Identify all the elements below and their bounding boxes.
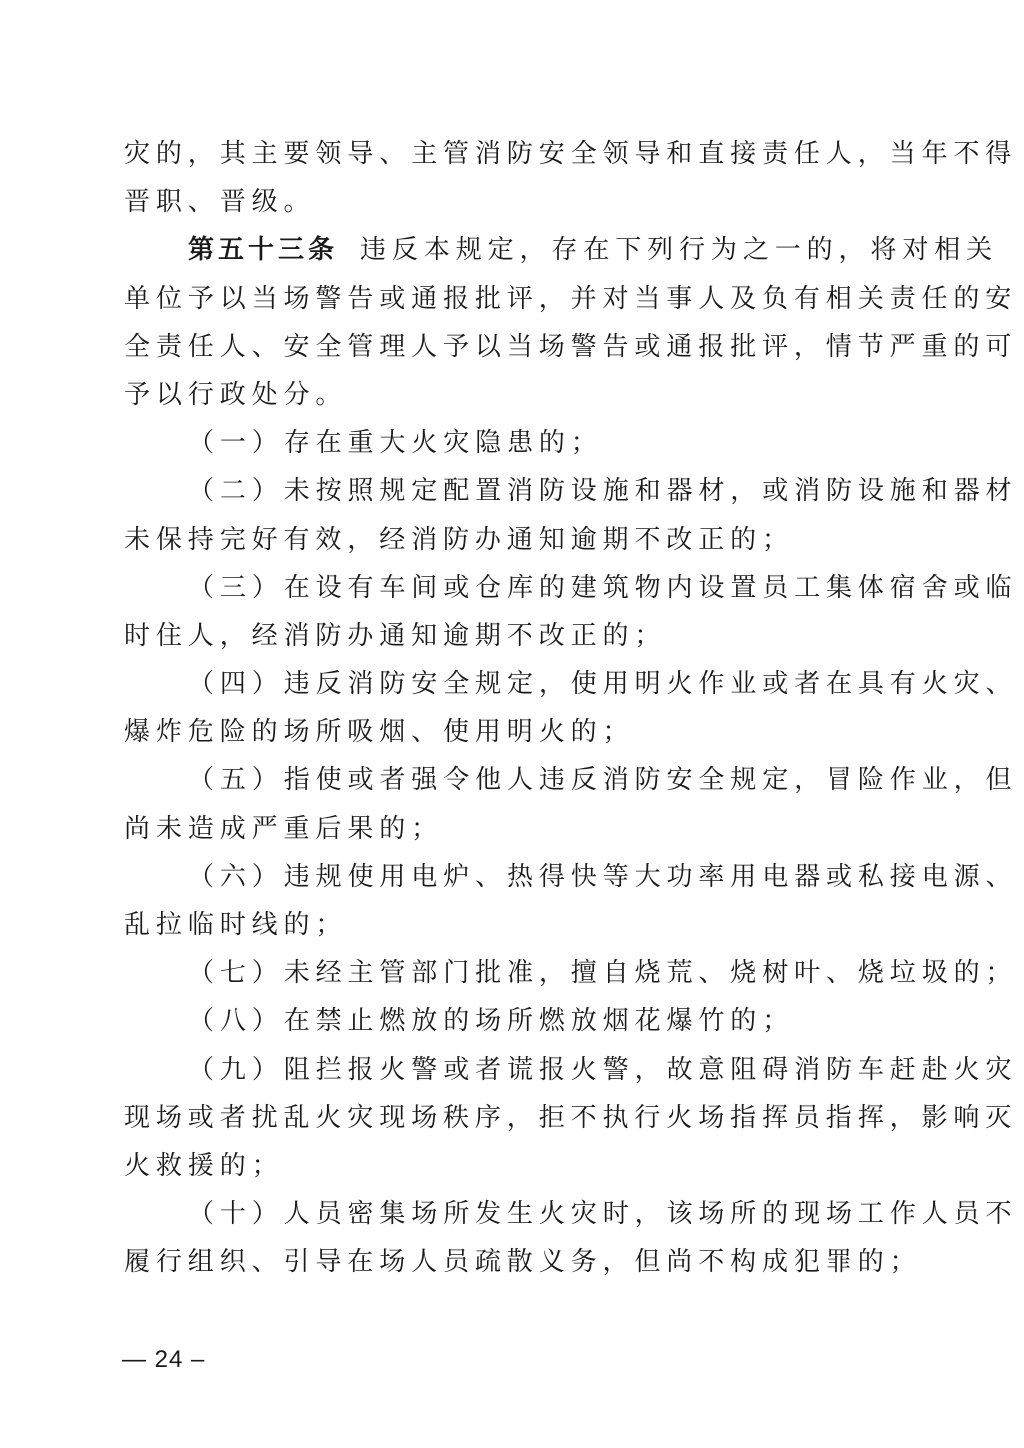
- article-heading: 第五十三条: [188, 235, 338, 265]
- text-line: 晋职、晋级。: [124, 178, 904, 226]
- list-item-3: （三）在设有车间或仓库的建筑物内设置员工集体宿舍或临: [124, 564, 904, 612]
- list-item-5: （五）指使或者强令他人违反消防安全规定，冒险作业，但: [124, 756, 904, 804]
- text-line: 乱拉临时线的；: [124, 901, 904, 949]
- page-number: — 24 –: [122, 1346, 205, 1374]
- document-body: 灾的，其主要领导、主管消防安全领导和直接责任人，当年不得 晋职、晋级。 第五十三…: [124, 130, 904, 1287]
- list-item-8: （八）在禁止燃放的场所燃放烟花爆竹的；: [124, 997, 904, 1045]
- text-line: 予以行政处分。: [124, 371, 904, 419]
- document-page: 灾的，其主要领导、主管消防安全领导和直接责任人，当年不得 晋职、晋级。 第五十三…: [0, 0, 1024, 1448]
- text-line: 违反本规定，存在下列行为之一的，将对相关: [360, 235, 998, 265]
- text-line: 全责任人、安全管理人予以当场警告或通报批评，情节严重的可: [124, 323, 904, 371]
- list-item-7: （七）未经主管部门批准，擅自烧荒、烧树叶、烧垃圾的；: [124, 949, 904, 997]
- text-line: 时住人，经消防办通知逾期不改正的；: [124, 612, 904, 660]
- list-item-2: （二）未按照规定配置消防设施和器材，或消防设施和器材: [124, 467, 904, 515]
- article-53-line: 第五十三条违反本规定，存在下列行为之一的，将对相关: [124, 226, 904, 274]
- list-item-9: （九）阻拦报火警或者谎报火警，故意阻碍消防车赶赴火灾: [124, 1046, 904, 1094]
- text-line: 尚未造成严重后果的；: [124, 805, 904, 853]
- text-line: 未保持完好有效，经消防办通知逾期不改正的；: [124, 516, 904, 564]
- list-item-4: （四）违反消防安全规定，使用明火作业或者在具有火灾、: [124, 660, 904, 708]
- text-line: 履行组织、引导在场人员疏散义务，但尚不构成犯罪的；: [124, 1238, 904, 1286]
- list-item-1: （一）存在重大火灾隐患的；: [124, 419, 904, 467]
- list-item-10: （十）人员密集场所发生火灾时，该场所的现场工作人员不: [124, 1190, 904, 1238]
- text-line: 火救援的；: [124, 1142, 904, 1190]
- text-line: 爆炸危险的场所吸烟、使用明火的；: [124, 708, 904, 756]
- text-line: 现场或者扰乱火灾现场秩序，拒不执行火场指挥员指挥，影响灭: [124, 1094, 904, 1142]
- text-line: 灾的，其主要领导、主管消防安全领导和直接责任人，当年不得: [124, 130, 904, 178]
- list-item-6: （六）违规使用电炉、热得快等大功率用电器或私接电源、: [124, 853, 904, 901]
- text-line: 单位予以当场警告或通报批评，并对当事人及负有相关责任的安: [124, 275, 904, 323]
